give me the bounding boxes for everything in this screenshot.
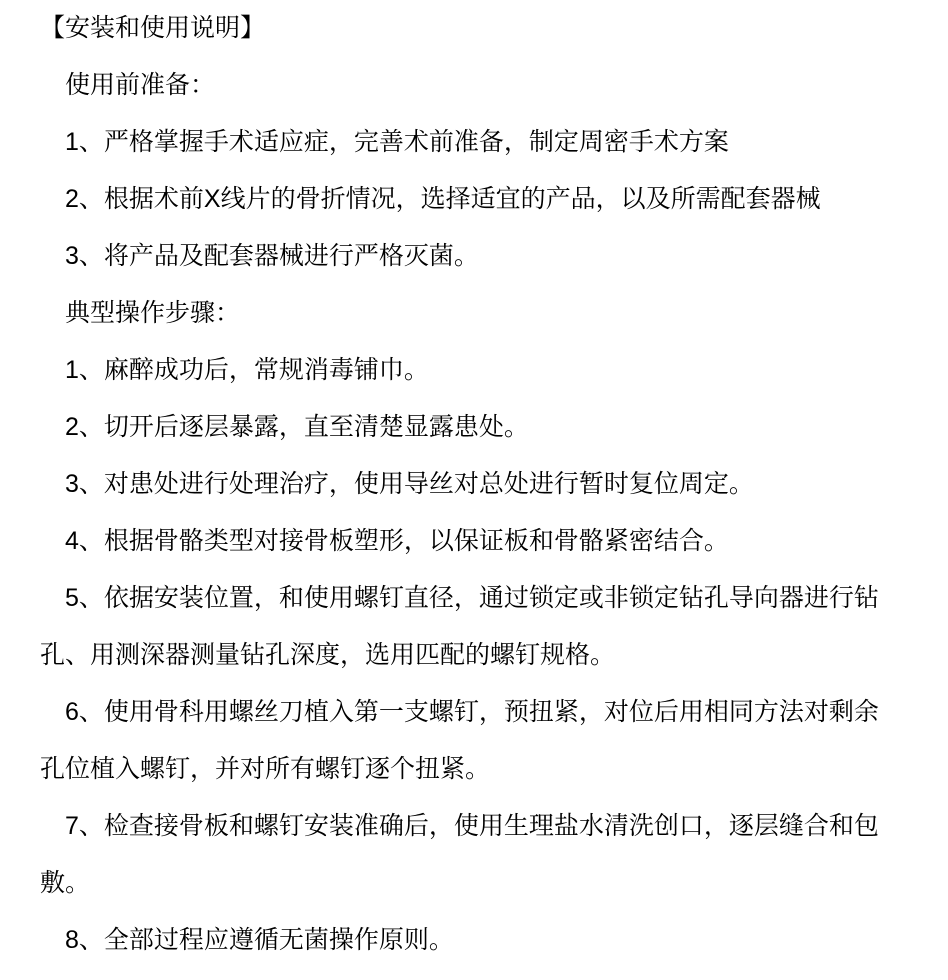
step-item-7: 7、检查接骨板和螺钉安装准确后，使用生理盐水清洗创口，逐层缝合和包敷。 xyxy=(40,798,892,912)
step-item-1: 1、麻醉成功后，常规消毒铺巾。 xyxy=(40,342,892,399)
step-item-8: 8、全部过程应遵循无菌操作原则。 xyxy=(40,912,892,969)
prep-item-2: 2、根据术前X线片的骨折情况，选择适宜的产品，以及所需配套器械 xyxy=(40,171,892,228)
prep-item-1: 1、严格掌握手术适应症，完善术前准备，制定周密手术方案 xyxy=(40,114,892,171)
step-item-4: 4、根据骨骼类型对接骨板塑形，以保证板和骨骼紧密结合。 xyxy=(40,513,892,570)
preparation-heading: 使用前准备： xyxy=(40,57,892,114)
section-title: 【安装和使用说明】 xyxy=(40,0,892,57)
document-page: 【安装和使用说明】 使用前准备： 1、严格掌握手术适应症，完善术前准备，制定周密… xyxy=(0,0,948,980)
prep-item-3: 3、将产品及配套器械进行严格灭菌。 xyxy=(40,228,892,285)
step-item-3: 3、对患处进行处理治疗，使用导丝对总处进行暂时复位周定。 xyxy=(40,456,892,513)
step-item-6: 6、使用骨科用螺丝刀植入第一支螺钉，预扭紧，对位后用相同方法对剩余孔位植入螺钉，… xyxy=(40,684,892,798)
steps-heading: 典型操作步骤： xyxy=(40,285,892,342)
step-item-2: 2、切开后逐层暴露，直至清楚显露患处。 xyxy=(40,399,892,456)
step-item-5: 5、依据安装位置，和使用螺钉直径，通过锁定或非锁定钻孔导向器进行钻孔、用测深器测… xyxy=(40,570,892,684)
